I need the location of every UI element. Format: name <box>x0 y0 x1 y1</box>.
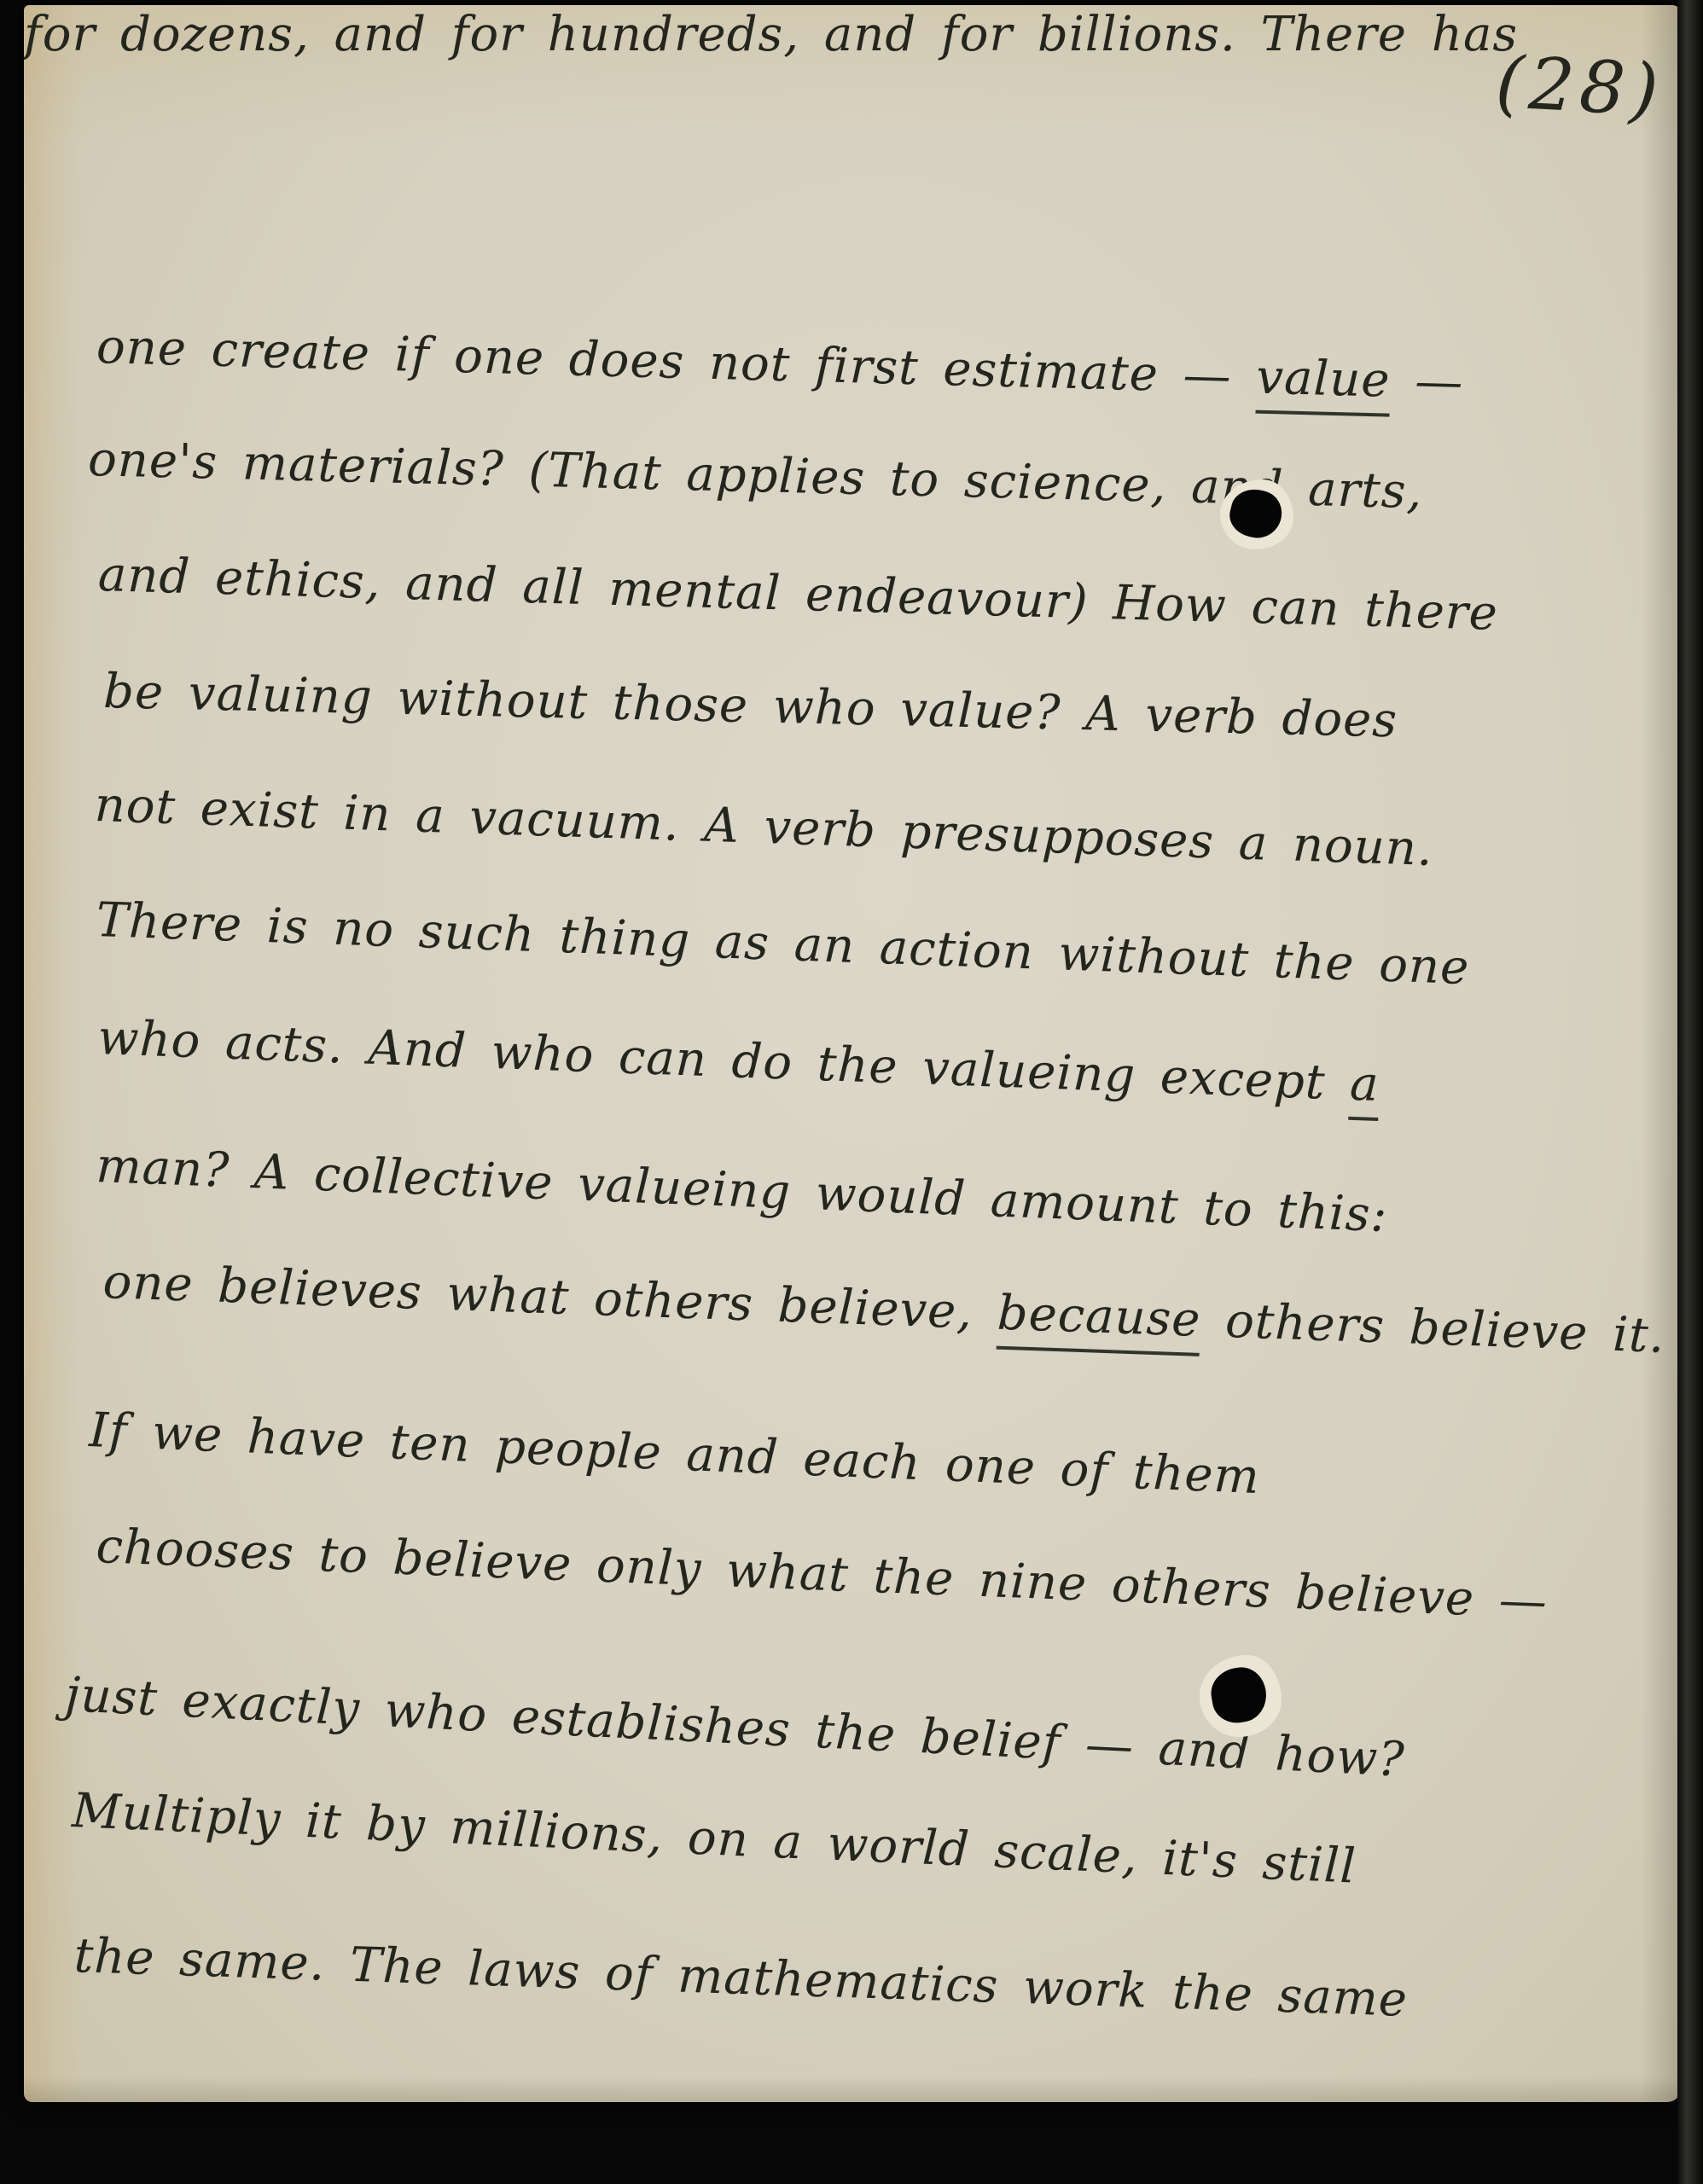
underlined-word: because <box>996 1286 1201 1356</box>
handwritten-line: chooses to believe only what the nine ot… <box>95 1517 1549 1632</box>
underlined-word: value <box>1255 350 1391 417</box>
line-text: man? A collective valueing would amount … <box>95 1138 1388 1243</box>
line-text: chooses to believe only what the nine ot… <box>95 1519 1549 1629</box>
line-text: one believes what others believe, <box>102 1254 998 1341</box>
punch-hole <box>1220 479 1293 549</box>
book-spine-edge <box>1677 0 1703 2184</box>
line-text: and ethics, and all mental endeavour) Ho… <box>97 547 1499 642</box>
line-text: Multiply it by millions, on a world scal… <box>71 1783 1357 1895</box>
line-text: — <box>1390 353 1464 410</box>
manuscript-page: (28) one create if one does not first es… <box>24 5 1681 2102</box>
line-text: for dozens, and for hundreds, and for bi… <box>24 7 1518 62</box>
page-edge-shadow <box>1642 5 1681 2102</box>
handwritten-line: and ethics, and all mental endeavour) Ho… <box>97 545 1499 644</box>
underlined-word: a <box>1349 1056 1380 1121</box>
handwritten-line: man? A collective valueing would amount … <box>95 1136 1388 1246</box>
line-text: one create if one does not first estimat… <box>96 319 1257 405</box>
line-text: not exist in a vacuum. A verb presuppose… <box>94 777 1434 877</box>
handwritten-line: the same. The laws of mathematics work t… <box>73 1926 1409 2030</box>
handwritten-line: There is no such thing as an action with… <box>96 891 1471 998</box>
handwritten-line: who acts. And who can do the valueing ex… <box>96 1008 1380 1115</box>
punch-hole <box>1200 1655 1282 1737</box>
page-edge-shadow <box>24 2077 1681 2102</box>
line-text: There is no such thing as an action with… <box>96 892 1471 996</box>
handwritten-line: not exist in a vacuum. A verb presuppose… <box>94 775 1434 880</box>
handwritten-line: one believes what others believe, becaus… <box>102 1252 1666 1367</box>
handwritten-line: Multiply it by millions, on a world scal… <box>71 1781 1357 1897</box>
line-text: who acts. And who can do the valueing ex… <box>97 1010 1351 1112</box>
line-text: others believe it. <box>1200 1292 1665 1364</box>
handwritten-line: one create if one does not first estimat… <box>96 317 1464 413</box>
page-number: (28) <box>1494 38 1666 136</box>
handwritten-line: be valuing without those who value? A ve… <box>102 662 1398 751</box>
line-text: If we have ten people and each one of th… <box>88 1403 1261 1505</box>
manuscript-photo: (28) one create if one does not first es… <box>0 0 1703 2184</box>
line-text: the same. The laws of mathematics work t… <box>73 1928 1409 2028</box>
handwritten-line: for dozens, and for hundreds, and for bi… <box>24 5 1518 65</box>
handwritten-line: If we have ten people and each one of th… <box>88 1401 1261 1507</box>
line-text: be valuing without those who value? A ve… <box>102 664 1398 748</box>
